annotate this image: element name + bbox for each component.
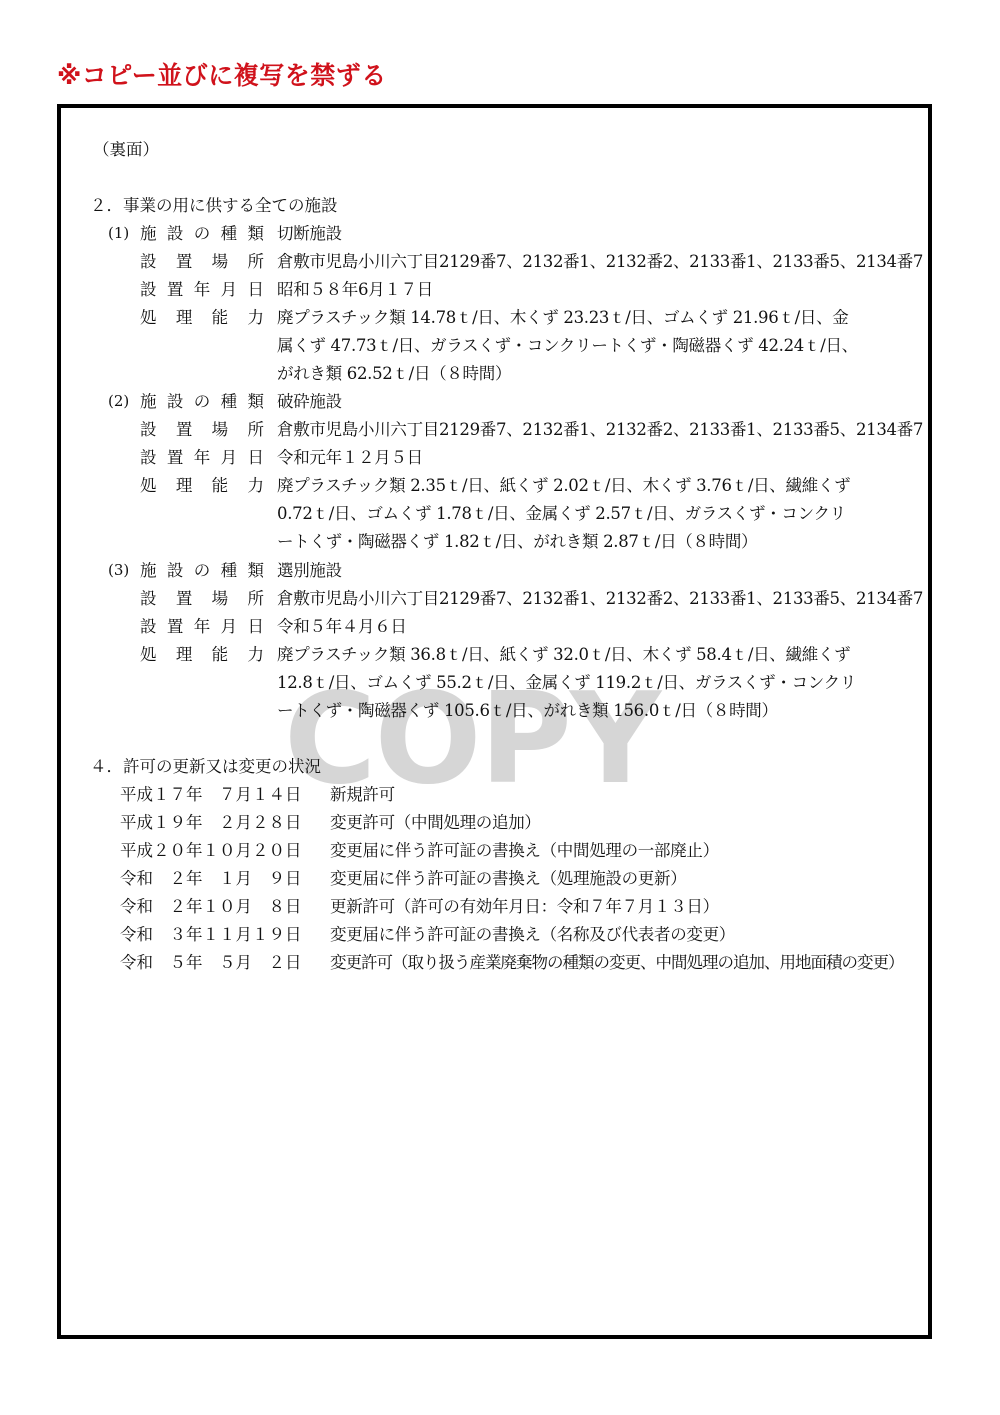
label-facility-type: 施設の種類 (140, 561, 264, 581)
history-desc: 更新許可（許可の有効年月日：令和７年７月１３日） (330, 897, 719, 917)
section-2-title: ２．事業の用に供する全ての施設 (90, 196, 338, 216)
facility-type-value: 切断施設 (277, 224, 342, 244)
history-date: 令和 ３年１１月１９日 (120, 925, 302, 945)
capacity-line: 12.8ｔ/日、ゴムくず 55.2ｔ/日、金属くず 119.2ｔ/日、ガラスくず… (277, 673, 856, 693)
install-date-value: 昭和５８年6月１７日 (277, 280, 433, 300)
install-date-value: 令和５年４月６日 (277, 617, 407, 637)
history-desc: 変更届に伴う許可証の書換え（処理施設の更新） (330, 869, 686, 889)
history-date: 令和 ２年 １月 ９日 (120, 869, 302, 889)
capacity-line: 廃プラスチック類 36.8ｔ/日、紙くず 32.0ｔ/日、木くず 58.4ｔ/日… (277, 645, 850, 665)
history-desc: 変更届に伴う許可証の書換え（中間処理の一部廃止） (330, 841, 719, 861)
label-install-date: 設置年月日 (140, 617, 264, 637)
capacity-line: ートくず・陶磁器くず 105.6ｔ/日、がれき類 156.0ｔ/日（８時間） (277, 701, 778, 721)
copy-prohibited-notice: ※コピー並びに複写を禁ずる (57, 56, 387, 92)
facility-type-value: 破砕施設 (277, 392, 342, 412)
location-value: 倉敷市児島小川六丁目2129番7、2132番1、2132番2、2133番1、21… (277, 589, 923, 609)
history-date: 平成１７年 ７月１４日 (120, 785, 302, 805)
install-date-value: 令和元年１２月５日 (277, 448, 423, 468)
label-capacity: 処理能力 (140, 308, 264, 328)
label-install-date: 設置年月日 (140, 448, 264, 468)
facility-number: (3) (108, 561, 129, 579)
facility-type-value: 選別施設 (277, 561, 342, 581)
reverse-side-label: （裏面） (93, 140, 159, 160)
label-capacity: 処理能力 (140, 476, 264, 496)
copy-watermark: COPY (284, 676, 659, 802)
facility-number: (1) (108, 224, 129, 242)
history-date: 令和 ２年１０月 ８日 (120, 897, 302, 917)
location-value: 倉敷市児島小川六丁目2129番7、2132番1、2132番2、2133番1、21… (277, 420, 923, 440)
label-capacity: 処理能力 (140, 645, 264, 665)
history-date: 令和 ５年 ５月 ２日 (120, 953, 302, 973)
location-value: 倉敷市児島小川六丁目2129番7、2132番1、2132番2、2133番1、21… (277, 252, 923, 272)
label-location: 設置場所 (140, 589, 264, 609)
label-facility-type: 施設の種類 (140, 224, 264, 244)
history-desc: 変更届に伴う許可証の書換え（名称及び代表者の変更） (330, 925, 735, 945)
label-location: 設置場所 (140, 252, 264, 272)
history-desc: 変更許可（中間処理の追加） (330, 813, 541, 833)
label-location: 設置場所 (140, 420, 264, 440)
label-facility-type: 施設の種類 (140, 392, 264, 412)
facility-number: (2) (108, 392, 129, 410)
capacity-line: がれき類 62.52ｔ/日（８時間） (277, 364, 511, 384)
capacity-line: ートくず・陶磁器くず 1.82ｔ/日、がれき類 2.87ｔ/日（８時間） (277, 532, 757, 552)
label-install-date: 設置年月日 (140, 280, 264, 300)
capacity-line: 0.72ｔ/日、ゴムくず 1.78ｔ/日、金属くず 2.57ｔ/日、ガラスくず・… (277, 504, 846, 524)
capacity-line: 廃プラスチック類 2.35ｔ/日、紙くず 2.02ｔ/日、木くず 3.76ｔ/日… (277, 476, 850, 496)
capacity-line: 廃プラスチック類 14.78ｔ/日、木くず 23.23ｔ/日、ゴムくず 21.9… (277, 308, 849, 328)
capacity-line: 属くず 47.73ｔ/日、ガラスくず・コンクリートくず・陶磁器くず 42.24ｔ… (277, 336, 858, 356)
history-desc: 新規許可 (330, 785, 395, 805)
history-date: 平成２０年１０月２０日 (120, 841, 302, 861)
history-desc: 変更許可（取り扱う産業廃棄物の種類の変更、中間処理の追加、用地面積の変更） (330, 953, 904, 973)
history-date: 平成１９年 ２月２８日 (120, 813, 302, 833)
section-4-title: ４．許可の更新又は変更の状況 (90, 757, 321, 777)
